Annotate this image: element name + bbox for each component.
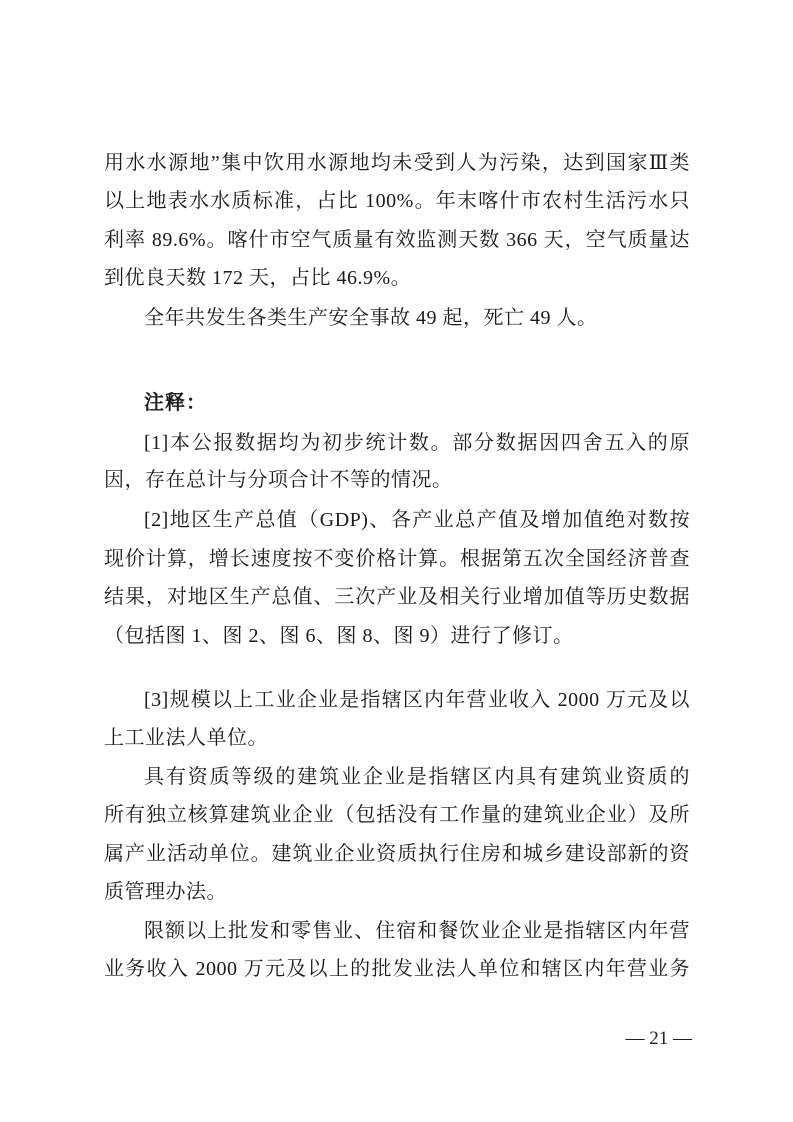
- notes-heading: 注释：: [144, 389, 207, 417]
- note-2-line-3: 结果，对地区生产总值、三次产业及相关行业增加值等历史数据: [104, 583, 690, 611]
- note-trade-line-1: 限额以上批发和零售业、住宿和餐饮业企业是指辖区内年营: [144, 917, 690, 945]
- note-construction-line-3: 属产业活动单位。建筑业企业资质执行住房和城乡建设部新的资: [104, 840, 690, 868]
- environment-line-3: 利率 89.6%。喀什市空气质量有效监测天数 366 天，空气质量达: [104, 226, 690, 254]
- note-trade-line-2: 业务收入 2000 万元及以上的批发业法人单位和辖区内年营业务: [104, 955, 690, 983]
- note-2-line-4: （包括图 1、图 2、图 6、图 8、图 9）进行了修订。: [104, 622, 690, 650]
- environment-line-1: 用水水源地”集中饮用水源地均未受到人为污染，达到国家Ⅲ类: [104, 149, 690, 177]
- document-page: 用水水源地”集中饮用水源地均未受到人为污染，达到国家Ⅲ类 以上地表水水质标准，占…: [0, 0, 793, 1122]
- note-2-line-1: [2]地区生产总值（GDP)、各产业总产值及增加值绝对数按: [144, 506, 690, 534]
- note-1-line-1: [1]本公报数据均为初步统计数。部分数据因四舍五入的原: [144, 429, 690, 457]
- note-2-line-2: 现价计算，增长速度按不变价格计算。根据第五次全国经济普查: [104, 545, 690, 573]
- note-3-line-2: 上工业法人单位。: [104, 724, 690, 752]
- safety-line-1: 全年共发生各类生产安全事故 49 起，死亡 49 人。: [144, 304, 690, 332]
- note-construction-line-1: 具有资质等级的建筑业企业是指辖区内具有建筑业资质的: [144, 763, 690, 791]
- environment-line-2: 以上地表水水质标准，占比 100%。年末喀什市农村生活污水只: [104, 187, 690, 215]
- note-construction-line-2: 所有独立核算建筑业企业（包括没有工作量的建筑业企业）及所: [104, 801, 690, 829]
- note-construction-line-4: 质管理办法。: [104, 878, 690, 906]
- note-3-line-1: [3]规模以上工业企业是指辖区内年营业收入 2000 万元及以: [144, 686, 690, 714]
- page-number: — 21 —: [616, 1025, 692, 1053]
- note-1-line-2: 因，存在总计与分项合计不等的情况。: [104, 466, 690, 494]
- environment-line-4: 到优良天数 172 天，占比 46.9%。: [104, 264, 690, 292]
